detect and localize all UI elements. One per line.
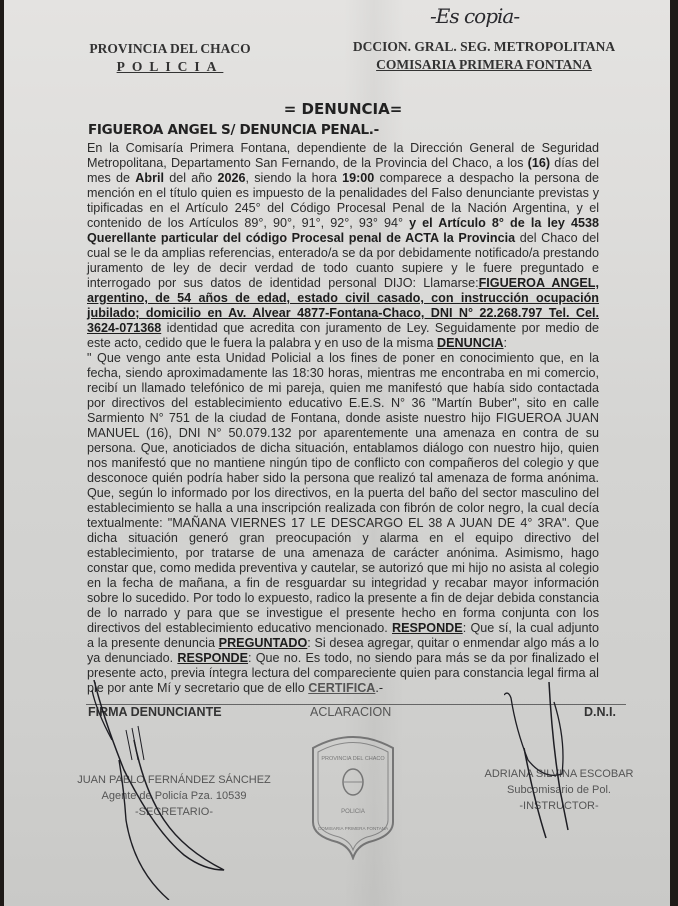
- document-page: -Es copia- PROVINCIA DEL CHACO POLICIA D…: [4, 0, 670, 906]
- instructor-rank: Subcomisario de Pol.: [474, 782, 644, 798]
- seal-bottom-text: COMISARIA PRIMERA FONTANA: [318, 826, 389, 831]
- header-left: PROVINCIA DEL CHACO POLICIA: [80, 40, 260, 76]
- text: En la Comisaría Primera Fontana, dependi…: [87, 141, 599, 170]
- document-subject: FIGUEROA ANGEL S/ DENUNCIA PENAL.-: [88, 122, 379, 138]
- certifica-keyword: CERTIFICA: [308, 681, 375, 695]
- document-title: = DENUNCIA=: [4, 100, 670, 118]
- secretary-name: JUAN PABLO FERNÁNDEZ SÁNCHEZ: [74, 772, 274, 788]
- province-name: PROVINCIA DEL CHACO: [80, 40, 260, 58]
- text: del año: [164, 171, 218, 185]
- police-label: POLICIA: [80, 58, 260, 76]
- directorate-name: DCCION. GRAL. SEG. METROPOLITANA: [334, 38, 634, 56]
- year-value: 2026: [218, 171, 246, 185]
- time-value: 19:00: [342, 171, 374, 185]
- header-right: DCCION. GRAL. SEG. METROPOLITANA COMISAR…: [334, 38, 634, 74]
- paragraph-intro: En la Comisaría Primera Fontana, dependi…: [87, 141, 599, 351]
- secretary-role: -SECRETARIO-: [74, 804, 274, 820]
- police-seal-stamp: POLICIA PROVINCIA DEL CHACO COMISARIA PR…: [307, 730, 399, 860]
- paragraph-statement: " Que vengo ante esta Unidad Policial a …: [87, 351, 599, 696]
- text: , siendo la hora: [246, 171, 343, 185]
- instructor-role: -INSTRUCTOR-: [474, 798, 644, 814]
- text: .-: [375, 681, 383, 695]
- label-clarification: ACLARACION: [310, 705, 391, 719]
- secretary-rank: Agente de Policía Pza. 10539: [74, 788, 274, 804]
- responde-keyword: RESPONDE: [177, 651, 248, 665]
- seal-top-text: PROVINCIA DEL CHACO: [321, 756, 385, 762]
- day-value: (16): [528, 156, 550, 170]
- secretary-stamp: JUAN PABLO FERNÁNDEZ SÁNCHEZ Agente de P…: [74, 772, 274, 820]
- instructor-name: ADRIANA SILVINA ESCOBAR: [474, 766, 644, 782]
- label-complainant-signature: FIRMA DENUNCIANTE: [88, 705, 222, 719]
- handwritten-copy-note: -Es copia-: [430, 4, 519, 28]
- text: identidad que acredita con juramento de …: [87, 321, 599, 350]
- preguntado-keyword: PREGUNTADO: [219, 636, 308, 650]
- instructor-stamp: ADRIANA SILVINA ESCOBAR Subcomisario de …: [474, 766, 644, 814]
- seal-center-text: POLICIA: [341, 809, 365, 815]
- statement-text: " Que vengo ante esta Unidad Policial a …: [87, 351, 599, 635]
- precinct-name: COMISARIA PRIMERA FONTANA: [334, 56, 634, 74]
- month-value: Abril: [135, 171, 164, 185]
- label-dni: D.N.I.: [584, 705, 616, 719]
- denuncia-keyword: DENUNCIA: [437, 336, 503, 350]
- text: :: [504, 336, 508, 350]
- responde-keyword: RESPONDE: [392, 621, 463, 635]
- document-body: En la Comisaría Primera Fontana, dependi…: [87, 141, 599, 696]
